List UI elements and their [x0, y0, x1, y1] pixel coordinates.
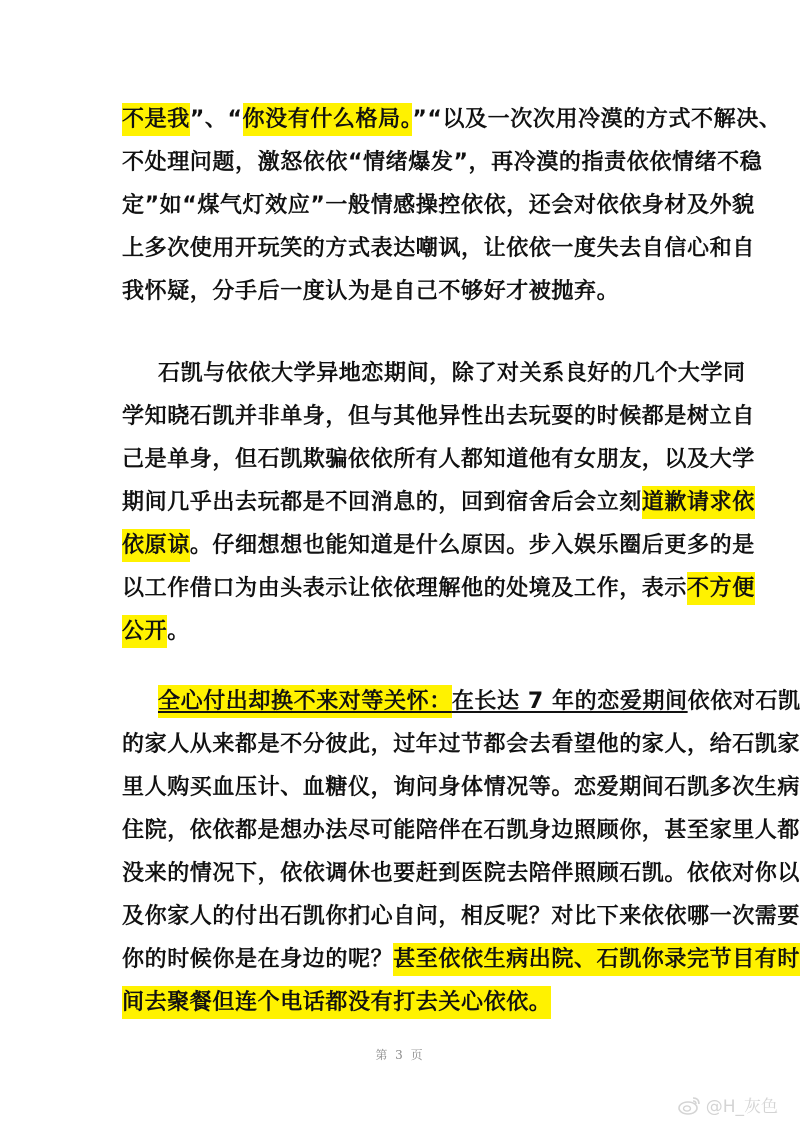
highlighted-text: 公开 [122, 615, 167, 648]
text-line: 定”如“煤气灯效应”一般情感操控依依，还会对依依身材及外貌 [122, 184, 682, 227]
text-segment: 住院，依依都是想办法尽可能陪伴在石凯身边照顾你，甚至家里人都 [122, 818, 800, 843]
text-line: 里人购买血压计、血糖仪，询问身体情况等。恋爱期间石凯多次生病 [122, 766, 682, 809]
text-line: 公开。 [122, 610, 682, 653]
text-segment: 定”如“煤气灯效应”一般情感操控依依，还会对依依身材及外貌 [122, 193, 755, 218]
text-line: 全心付出却换不来对等关怀：在长达 7 年的恋爱期间依依对石凯 [122, 680, 682, 723]
text-segment: 上多次使用开玩笑的方式表达嘲讽，让依依一度失去自信心和自 [122, 236, 755, 261]
text-segment: 学知晓石凯并非单身，但与其他异性出去玩耍的时候都是树立自 [122, 404, 755, 429]
text-segment: 在长达 7 年的恋爱期间 [452, 689, 688, 714]
text-segment: 石凯与依依大学异地恋期间，除了对关系良好的几个大学同 [158, 361, 746, 386]
watermark: @H_灰色 [678, 1092, 778, 1117]
page-number: 第 3 页 [0, 1046, 800, 1063]
highlighted-text: 间去聚餐但连个电话都没有打去关心依依。 [122, 986, 551, 1019]
text-line: 己是单身，但石凯欺骗依依所有人都知道他有女朋友，以及大学 [122, 438, 682, 481]
text-segment: 。 [167, 619, 190, 644]
text-segment: 期间几乎出去玩都是不回消息的，回到宿舍后会立刻 [122, 490, 642, 515]
highlighted-text: 道歉请求依 [642, 486, 755, 519]
text-line: 你的时候你是在身边的呢？甚至依依生病出院、石凯你录完节目有时 [122, 938, 682, 981]
text-line: 及你家人的付出石凯你扪心自问，相反呢？对比下来依依哪一次需要 [122, 895, 682, 938]
paragraph-3: 全心付出却换不来对等关怀：在长达 7 年的恋爱期间依依对石凯的家人从来都是不分彼… [122, 680, 682, 1024]
text-line: 不是我”、“你没有什么格局。”“以及一次次用冷漠的方式不解决、 [122, 98, 682, 141]
text-segment: 己是单身，但石凯欺骗依依所有人都知道他有女朋友，以及大学 [122, 447, 755, 472]
text-segment: ”、“ [190, 107, 243, 132]
text-segment: 你的时候你是在身边的呢？ [122, 947, 393, 972]
highlighted-text: 甚至依依生病出院、石凯你录完节目有时 [393, 943, 800, 976]
weibo-icon [678, 1095, 702, 1115]
paragraph-1: 不是我”、“你没有什么格局。”“以及一次次用冷漠的方式不解决、不处理问题，激怒依… [122, 98, 682, 313]
text-line: 住院，依依都是想办法尽可能陪伴在石凯身边照顾你，甚至家里人都 [122, 809, 682, 852]
text-segment: 不处理问题，激怒依依“情绪爆发”，再冷漠的指责依依情绪不稳 [122, 150, 762, 175]
paragraph-2: 石凯与依依大学异地恋期间，除了对关系良好的几个大学同学知晓石凯并非单身，但与其他… [122, 352, 682, 653]
text-line: 的家人从来都是不分彼此，过年过节都会去看望他的家人，给石凯家 [122, 723, 682, 766]
watermark-handle: @H_灰色 [706, 1092, 778, 1117]
text-line: 不处理问题，激怒依依“情绪爆发”，再冷漠的指责依依情绪不稳 [122, 141, 682, 184]
text-line: 没来的情况下，依依调休也要赶到医院去陪伴照顾石凯。依依对你以 [122, 852, 682, 895]
text-segment: 以工作借口为由头表示让依依理解他的处境及工作，表示 [122, 576, 687, 601]
text-segment: ”“以及一次次用冷漠的方式不解决、 [412, 107, 781, 132]
text-segment: 里人购买血压计、血糖仪，询问身体情况等。恋爱期间石凯多次生病 [122, 775, 800, 800]
text-line: 学知晓石凯并非单身，但与其他异性出去玩耍的时候都是树立自 [122, 395, 682, 438]
text-line: 依原谅。仔细想想也能知道是什么原因。步入娱乐圈后更多的是 [122, 524, 682, 567]
text-segment: 依依对石凯 [688, 689, 800, 714]
text-segment: 及你家人的付出石凯你扪心自问，相反呢？对比下来依依哪一次需要 [122, 904, 800, 929]
text-line: 我怀疑，分手后一度认为是自己不够好才被抛弃。 [122, 270, 682, 313]
highlighted-text: 你没有什么格局。 [243, 103, 413, 136]
text-segment: 我怀疑，分手后一度认为是自己不够好才被抛弃。 [122, 279, 619, 304]
highlighted-text: 全心付出却换不来对等关怀： [158, 685, 452, 718]
text-line: 石凯与依依大学异地恋期间，除了对关系良好的几个大学同 [122, 352, 682, 395]
text-segment: 的家人从来都是不分彼此，过年过节都会去看望他的家人，给石凯家 [122, 732, 800, 757]
highlighted-text: 不是我 [122, 103, 190, 136]
text-line: 期间几乎出去玩都是不回消息的，回到宿舍后会立刻道歉请求依 [122, 481, 682, 524]
highlighted-text: 不方便 [687, 572, 755, 605]
highlighted-text: 依原谅 [122, 529, 190, 562]
text-segment: 。仔细想想也能知道是什么原因。步入娱乐圈后更多的是 [190, 533, 755, 558]
text-line: 上多次使用开玩笑的方式表达嘲讽，让依依一度失去自信心和自 [122, 227, 682, 270]
text-segment: 没来的情况下，依依调休也要赶到医院去陪伴照顾石凯。依依对你以 [122, 861, 800, 886]
text-line: 间去聚餐但连个电话都没有打去关心依依。 [122, 981, 682, 1024]
text-line: 以工作借口为由头表示让依依理解他的处境及工作，表示不方便 [122, 567, 682, 610]
document-page: 不是我”、“你没有什么格局。”“以及一次次用冷漠的方式不解决、不处理问题，激怒依… [0, 0, 800, 1128]
